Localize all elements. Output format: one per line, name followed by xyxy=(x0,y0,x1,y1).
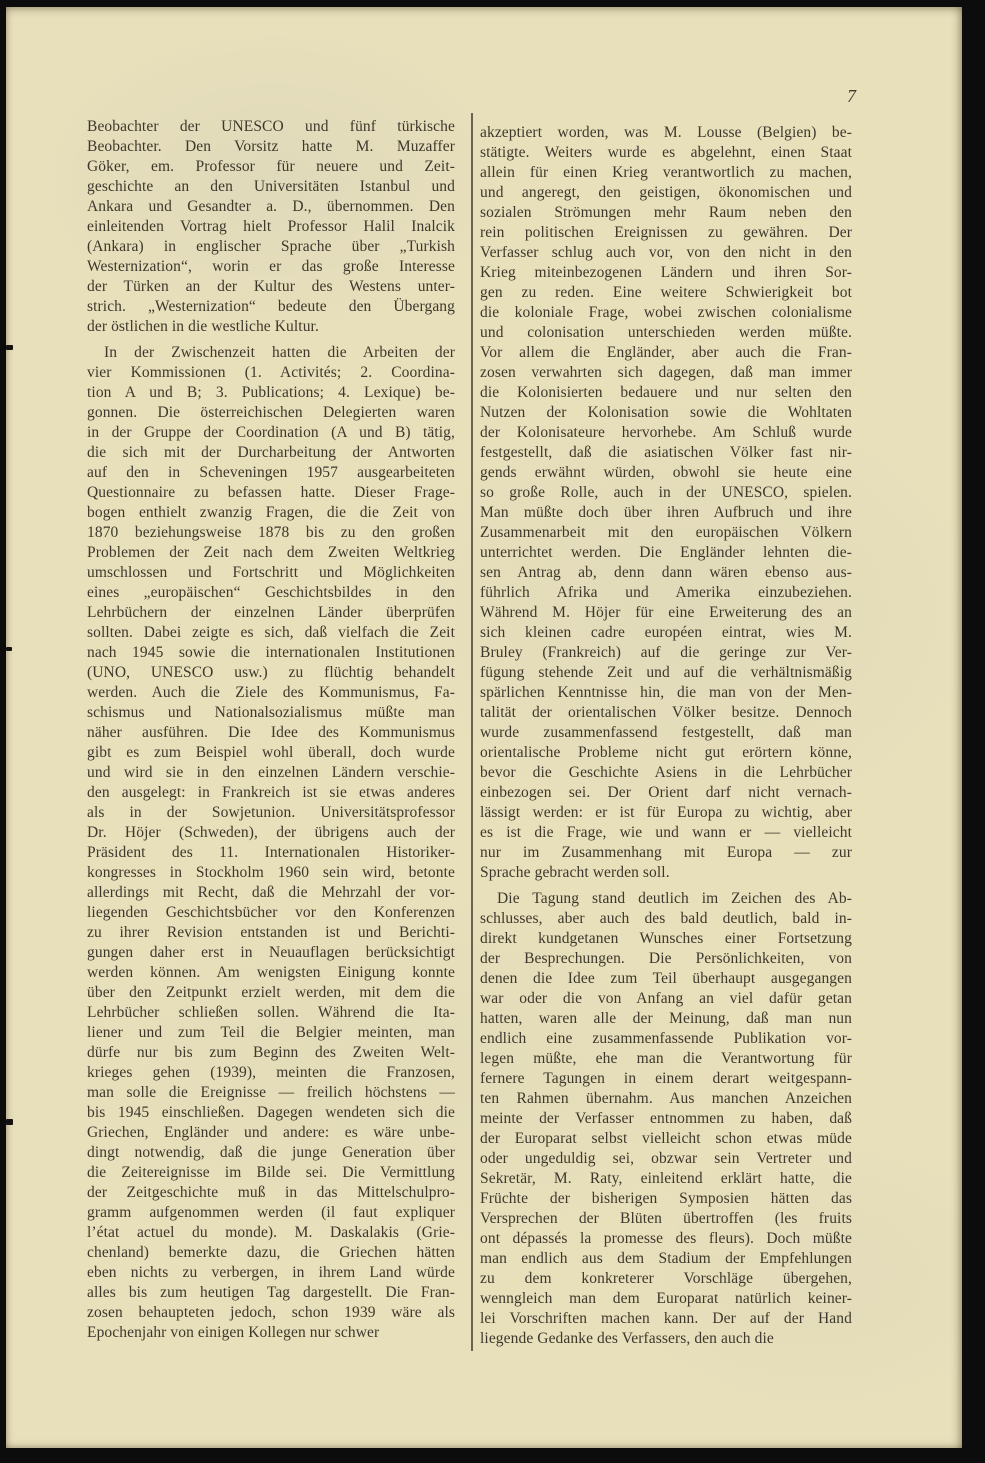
text-line: sen Antrag ab, denn dann wären ebenso au… xyxy=(480,563,852,583)
text-line: Göker, em. Professor für neuere und Zeit… xyxy=(87,157,455,177)
text-line: Problemen der Zeit nach dem Zweiten Welt… xyxy=(87,543,455,563)
text-line: sollten. Dabei zeigte es sich, daß vielf… xyxy=(87,623,455,643)
text-line: und angeregt, den geistigen, ökonomische… xyxy=(480,183,852,203)
text-line: Epochenjahr von einigen Kollegen nur sch… xyxy=(87,1323,455,1343)
text-line: Sprache gebracht werden soll. xyxy=(480,863,852,883)
text-line: fügung stehende Zeit und auf die verhält… xyxy=(480,663,852,683)
text-line: als in der Sowjetunion. Universitätsprof… xyxy=(87,803,455,823)
text-line: vier Kommissionen (1. Activités; 2. Coor… xyxy=(87,363,455,383)
text-line: Sekretär, M. Raty, einleitend erklärt ha… xyxy=(480,1169,852,1189)
text-line: krieges gehen (1939), meinten die Franzo… xyxy=(87,1063,455,1083)
text-line: Vor allem die Engländer, aber auch die F… xyxy=(480,343,852,363)
text-line: wurde zusammenfassend festgestellt, daß … xyxy=(480,723,852,743)
paragraph: In der Zwischenzeit hatten die Arbeiten … xyxy=(87,343,455,1343)
column-divider-rule xyxy=(471,113,473,1351)
text-line: Questionnaire zu befassen hatte. Dieser … xyxy=(87,483,455,503)
text-line: liener und zum Teil die Belgier meinten,… xyxy=(87,1023,455,1043)
text-line: führlich Afrika und Amerika einzubeziehe… xyxy=(480,583,852,603)
text-line: der Besprechungen. Die Persönlichkeiten,… xyxy=(480,949,852,969)
text-line: geschichte an den Universitäten Istanbul… xyxy=(87,177,455,197)
text-line: gungen daher erst in Neuauflagen berücks… xyxy=(87,943,455,963)
text-line: (UNO, UNESCO usw.) zu flüchtig behandelt xyxy=(87,663,455,683)
text-line: Verfasser schlug auch vor, von den nicht… xyxy=(480,243,852,263)
paragraph: akzeptiert worden, was M. Lousse (Belgie… xyxy=(480,123,852,883)
text-line: Früchte der bisherigen Symposien hätten … xyxy=(480,1189,852,1209)
text-line: Präsident des 11. Internationalen Histor… xyxy=(87,843,455,863)
text-line: der Zeitgeschichte muß in das Mittelschu… xyxy=(87,1183,455,1203)
text-line: nur im Zusammenhang mit Europa — zur xyxy=(480,843,852,863)
text-line: endlich eine zusammenfassende Publikatio… xyxy=(480,1029,852,1049)
text-line: Lehrbücher schließen sollen. Während die… xyxy=(87,1003,455,1023)
text-line: bevor die Geschichte Asiens in die Lehrb… xyxy=(480,763,852,783)
text-line: schismus und Nationalsozialismus müßte m… xyxy=(87,703,455,723)
text-line: chenland) bemerkte dazu, die Griechen hä… xyxy=(87,1243,455,1263)
text-line: orientalische Probleme nicht gut erörter… xyxy=(480,743,852,763)
text-line: über den Zeitpunkt erzielt werden, mit d… xyxy=(87,983,455,1003)
text-line: dingt notwendig, daß die junge Generatio… xyxy=(87,1143,455,1163)
text-line: Beobachter. Den Vorsitz hatte M. Muzaffe… xyxy=(87,137,455,157)
text-line: es ist die Frage, wie und wann er — viel… xyxy=(480,823,852,843)
text-line: der Kolonisateure hervorhebe. Am Schluß … xyxy=(480,423,852,443)
text-line: lei Vorschriften machen kann. Der auf de… xyxy=(480,1309,852,1329)
text-line: einleitenden Vortrag hielt Professor Hal… xyxy=(87,217,455,237)
text-line: gonnen. Die österreichischen Delegierten… xyxy=(87,403,455,423)
text-line: In der Zwischenzeit hatten die Arbeiten … xyxy=(87,343,455,363)
text-line: tion A und B; 3. Publications; 4. Lexiqu… xyxy=(87,383,455,403)
text-line: sich kleinen cadre européen eintrat, wie… xyxy=(480,623,852,643)
text-line: eben nichts zu verbergen, in ihrem Land … xyxy=(87,1263,455,1283)
text-line: die Zeitereignisse im Bilde sei. Die Ver… xyxy=(87,1163,455,1183)
text-line: wenngleich man dem Europarat natürlich k… xyxy=(480,1289,852,1309)
text-line: bogen enthielt zwanzig Fragen, die die Z… xyxy=(87,503,455,523)
text-line: auf den in Scheveningen 1957 ausgearbeit… xyxy=(87,463,455,483)
text-line: allerdings mit Recht, daß die Mehrzahl d… xyxy=(87,883,455,903)
text-line: Während M. Höjer für eine Erweiterung de… xyxy=(480,603,852,623)
text-line: festgestellt, daß die asiatischen Völker… xyxy=(480,443,852,463)
text-line: Lehrbüchern der einzelnen Länder überprü… xyxy=(87,603,455,623)
text-line: Zusammenarbeit mit den europäischen Völk… xyxy=(480,523,852,543)
text-line: der östlichen in die westliche Kultur. xyxy=(87,317,455,337)
text-line: lässigt werden: er ist für Europa zu wic… xyxy=(480,803,852,823)
text-line: talität der orientalischen Völker besitz… xyxy=(480,703,852,723)
text-line: bis 1945 einschließen. Dagegen wendeten … xyxy=(87,1103,455,1123)
text-line: die koloniale Frage, wobei zwischen colo… xyxy=(480,303,852,323)
text-line: schlusses, aber auch des bald deutlich, … xyxy=(480,909,852,929)
text-line: der Europarat selbst vielleicht schon et… xyxy=(480,1129,852,1149)
text-line: und wird sie in den einzelnen Ländern ve… xyxy=(87,763,455,783)
text-line: liegende Gedanke des Verfassers, den auc… xyxy=(480,1329,852,1349)
text-line: dürfe nur bis zum Beginn des Zweiten Wel… xyxy=(87,1043,455,1063)
text-line: rein politischen Ereignissen zu gewähren… xyxy=(480,223,852,243)
scanned-page: 7 Beobachter der UNESCO und fünf türkisc… xyxy=(0,0,985,1463)
text-line: ont dépassés la promesse des fleurs). Do… xyxy=(480,1229,852,1249)
text-line: gibt es zum Beispiel wohl überall, doch … xyxy=(87,743,455,763)
text-line: umschlossen und Fortschritt und Möglichk… xyxy=(87,563,455,583)
text-line: Westernization“, worin er das große Inte… xyxy=(87,257,455,277)
text-line: gends erwähnt würden, obwohl sie heute e… xyxy=(480,463,852,483)
text-line: eines „europäischen“ Geschichtsbildes in… xyxy=(87,583,455,603)
text-line: allein für einen Krieg verantwortlich zu… xyxy=(480,163,852,183)
text-line: so große Rolle, auch in der UNESCO, spie… xyxy=(480,483,852,503)
text-line: akzeptiert worden, was M. Lousse (Belgie… xyxy=(480,123,852,143)
text-line: gen zu reden. Eine weitere Schwierigkeit… xyxy=(480,283,852,303)
text-line: legen müßte, ehe man die Verantwortung f… xyxy=(480,1049,852,1069)
paragraph: Die Tagung stand deutlich im Zeichen des… xyxy=(480,889,852,1349)
text-line: unterrichtet werden. Die Engländer lehnt… xyxy=(480,543,852,563)
text-line: man endlich aus dem Stadium der Empfehlu… xyxy=(480,1249,852,1269)
text-line: fernere Tagungen in einem derart weitges… xyxy=(480,1069,852,1089)
text-line: näher ausführen. Die Idee des Kommunismu… xyxy=(87,723,455,743)
text-line: Versprechen der Blüten übertroffen (les … xyxy=(480,1209,852,1229)
text-line: oder ungeduldig sei, obzwar sein Vertret… xyxy=(480,1149,852,1169)
text-line: sozialen Strömungen mehr Raum neben den xyxy=(480,203,852,223)
text-line: Ankara und Gesandter a. D., übernommen. … xyxy=(87,197,455,217)
text-line: zu dem konkreterer Vorschläge übergehen, xyxy=(480,1269,852,1289)
scan-artifact xyxy=(6,1119,13,1125)
text-line: l’état actuel du monde). M. Daskalakis (… xyxy=(87,1223,455,1243)
text-line: meinte der Verfasser entnommen zu haben,… xyxy=(480,1109,852,1129)
text-line: man solle die Ereignisse — freilich höch… xyxy=(87,1083,455,1103)
text-line: und colonisation unterschieden werden mü… xyxy=(480,323,852,343)
text-line: liegenden Geschichtsbücher vor den Konfe… xyxy=(87,903,455,923)
text-line: Die Tagung stand deutlich im Zeichen des… xyxy=(480,889,852,909)
text-line: war oder die von Anfang an viel dafür ge… xyxy=(480,989,852,1009)
text-line: die Kolonisierten bedauere und nur selte… xyxy=(480,383,852,403)
text-line: werden. Auch die Ziele des Kommunismus, … xyxy=(87,683,455,703)
text-line: 1870 beziehungsweise 1878 bis zu den gro… xyxy=(87,523,455,543)
text-line: Bruley (Frankreich) auf die geringe zur … xyxy=(480,643,852,663)
text-line: (Ankara) in englischer Sprache über „Tur… xyxy=(87,237,455,257)
text-line: Nutzen der Kolonisation sowie die Wohlta… xyxy=(480,403,852,423)
text-line: hatten, waren alle der Meinung, daß man … xyxy=(480,1009,852,1029)
scan-artifact xyxy=(6,647,12,651)
text-line: Man müßte doch über ihren Aufbruch und i… xyxy=(480,503,852,523)
text-line: Beobachter der UNESCO und fünf türkische xyxy=(87,117,455,137)
text-line: kongresses in Stockholm 1960 sein wird, … xyxy=(87,863,455,883)
text-line: ten Rahmen übernahm. Aus manchen Anzeich… xyxy=(480,1089,852,1109)
text-line: zu ihrer Revision entstanden ist und Ber… xyxy=(87,923,455,943)
paragraph: Beobachter der UNESCO und fünf türkische… xyxy=(87,117,455,337)
page-paper: 7 Beobachter der UNESCO und fünf türkisc… xyxy=(6,7,962,1448)
text-line: nach 1945 sowie die internationalen Inst… xyxy=(87,643,455,663)
text-line: der Türken an der Kultur des Westens unt… xyxy=(87,277,455,297)
text-line: werden können. Am wenigsten Einigung kon… xyxy=(87,963,455,983)
text-line: einbezogen sei. Der Orient darf nicht ve… xyxy=(480,783,852,803)
text-line: gramm aufgenommen werden (il faut expliq… xyxy=(87,1203,455,1223)
text-line: den ausgelegt: in Frankreich ist sie etw… xyxy=(87,783,455,803)
text-line: direkt kundgetanen Wunsches einer Fortse… xyxy=(480,929,852,949)
text-line: stätigte. Weiters wurde es abgelehnt, ei… xyxy=(480,143,852,163)
text-line: in der Gruppe der Coordination (A und B)… xyxy=(87,423,455,443)
page-number: 7 xyxy=(826,86,856,107)
text-line: Griechen, Engländer und andere: es wäre … xyxy=(87,1123,455,1143)
text-line: Dr. Höjer (Schweden), der übrigens auch … xyxy=(87,823,455,843)
left-text-column: Beobachter der UNESCO und fünf türkische… xyxy=(87,117,455,1343)
text-line: spärlichen Kenntnisse hin, die man von d… xyxy=(480,683,852,703)
text-line: die sich mit der Durcharbeitung der Antw… xyxy=(87,443,455,463)
text-line: zosen verwahrten sich dagegen, daß man i… xyxy=(480,363,852,383)
text-line: Krieg miteinbezogenen Ländern und ihren … xyxy=(480,263,852,283)
text-line: denen die Idee zum Teil überhaupt ausgeg… xyxy=(480,969,852,989)
text-line: zosen behaupteten jedoch, schon 1939 wär… xyxy=(87,1303,455,1323)
text-line: strich. „Westernization“ bedeute den Übe… xyxy=(87,297,455,317)
scan-artifact xyxy=(6,345,13,350)
text-line: alles bis zum heutigen Tag dargestellt. … xyxy=(87,1283,455,1303)
right-text-column: akzeptiert worden, was M. Lousse (Belgie… xyxy=(480,123,852,1349)
